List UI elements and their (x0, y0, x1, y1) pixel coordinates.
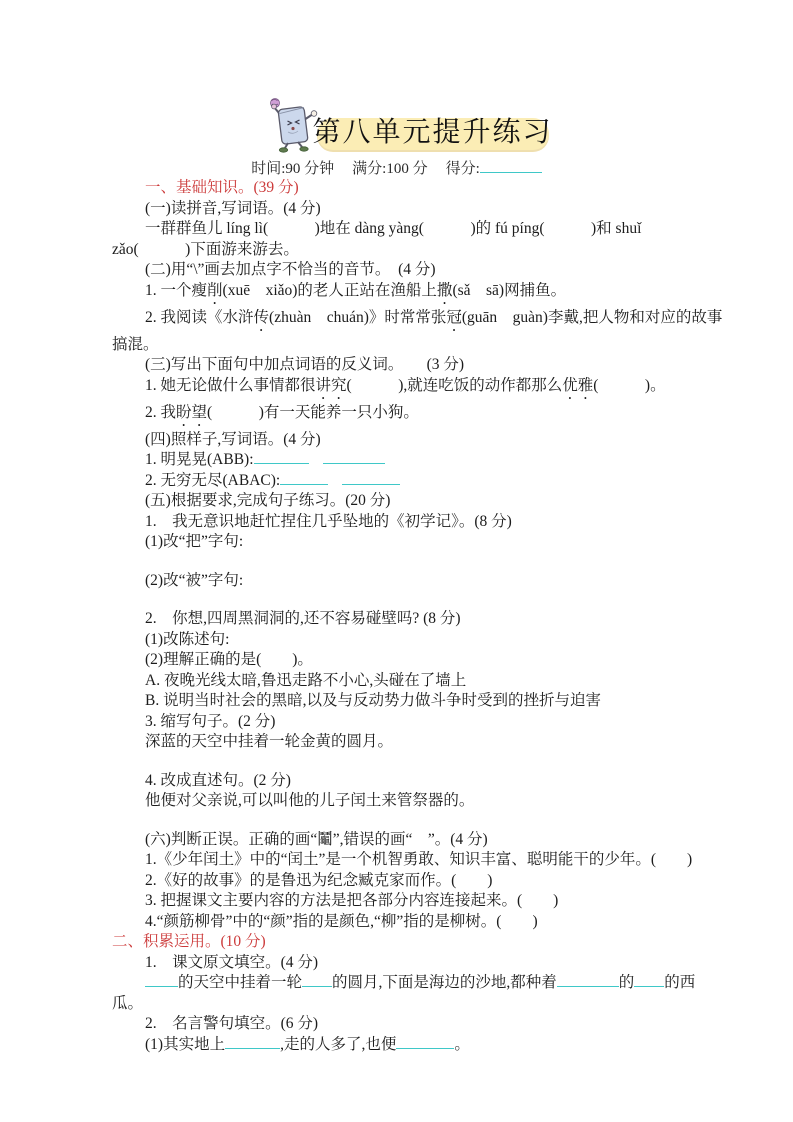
text-line: 3. 把握课文主要内容的方法是把各部分内容连接起来。( ) (112, 891, 732, 912)
text-line: zǎo( )下面游来游去。 (112, 240, 732, 261)
dotted-word: 撒 (437, 282, 453, 299)
text-run: 搞混。 (112, 336, 159, 353)
text-line: B. 说明当时社会的黑暗,以及与反动势力做斗争时受到的挫折与迫害 (112, 691, 732, 712)
text-run: 2. 我 (145, 404, 176, 421)
answer-blank (302, 973, 332, 987)
text-line: 2. 你想,四周黑洞洞的,还不容易碰壁吗? (8 分) (112, 609, 732, 630)
answer-blank (323, 450, 385, 464)
text-run: 1. 一个瘦 (145, 282, 207, 299)
dotted-word: 削 (207, 282, 223, 299)
text-line: 2. 无穷无尽(ABAC): (112, 471, 732, 492)
text-run: (六)判断正误。正确的画“鬮”,错误的画“ ”。(4 分) (145, 831, 488, 848)
text-run: 的圆月,下面是海边的沙地,都种着 (332, 974, 557, 991)
text-run: 的天空中挂着一轮 (178, 974, 302, 991)
text-run: 二、积累运用。(10 分) (112, 933, 266, 950)
text-run: 深蓝的天空中挂着一轮金黄的圆月。 (145, 733, 393, 750)
text-line: A. 夜晚光线太暗,鲁迅走路不小心,头碰在了墙上 (112, 671, 732, 692)
score-label: 得分: (446, 157, 480, 178)
text-line: 1.《少年闰土》中的“闰土”是一个机智勇敢、知识丰富、聪明能干的少年。( ) (112, 850, 732, 871)
time-label: 时间:90 分钟 (251, 157, 334, 178)
text-run: ( )。 (593, 377, 665, 394)
text-run: 2.《好的故事》的是鲁迅为纪念臧克家而作。( ) (145, 872, 492, 889)
text-run: B. 说明当时社会的黑暗,以及与反动势力做斗争时受到的挫折与迫害 (145, 692, 601, 709)
text-line: 2.《好的故事》的是鲁迅为纪念臧克家而作。( ) (112, 871, 732, 892)
score-header: 时间:90 分钟 满分:100 分 得分: (0, 157, 793, 178)
dotted-word: 优雅 (562, 377, 593, 394)
text-run: ( )有一天能养一只小狗。 (207, 404, 419, 421)
text-run: ( ),就连吃饭的动作都那么 (347, 377, 563, 394)
text-line: 2. 名言警句填空。(6 分) (112, 1014, 732, 1035)
answer-blank (145, 973, 178, 987)
text-line: (1)改陈述句: (112, 630, 732, 651)
text-line: 深蓝的天空中挂着一轮金黄的圆月。 (112, 732, 732, 753)
text-run: (zhuàn chuán)》时常常张 (269, 309, 446, 326)
answer-blank (634, 973, 664, 987)
section-heading: 二、积累运用。(10 分) (112, 932, 732, 953)
text-line: (2)改“被”字句: (112, 571, 732, 592)
text-line: (2)理解正确的是( )。 (112, 650, 732, 671)
text-run: (sǎ sā)网捕鱼。 (452, 282, 566, 299)
text-run: 瓜。 (112, 995, 143, 1012)
full-score-label: 满分:100 分 (352, 157, 427, 178)
text-run: 4. 改成直述句。(2 分) (145, 772, 291, 789)
text-run: (四)照样子,写词语。(4 分) (145, 431, 321, 448)
text-line: 一群群鱼儿 líng lì( )地在 dàng yàng( )的 fú píng… (112, 219, 732, 240)
text-run: 3. 把握课文主要内容的方法是把各部分内容连接起来。( ) (145, 892, 558, 909)
answer-blank (396, 1035, 454, 1049)
text-run: 一、基础知识。(39 分) (145, 179, 299, 196)
text-line: 瓜。 (112, 994, 732, 1015)
text-run: 一群群鱼儿 líng lì( )地在 dàng yàng( )的 fú píng… (145, 220, 641, 237)
dotted-word: 盼望 (176, 404, 207, 421)
text-run: 2. 你想,四周黑洞洞的,还不容易碰壁吗? (8 分) (145, 610, 461, 627)
text-run: 2. 名言警句填空。(6 分) (145, 1015, 318, 1032)
dotted-word: 讲究 (316, 377, 347, 394)
text-run: 1. 课文原文填空。(4 分) (145, 954, 318, 971)
text-line: 的天空中挂着一轮的圆月,下面是海边的沙地,都种着的的西 (112, 973, 732, 994)
text-run: 2. 无穷无尽(ABAC): (145, 472, 280, 489)
text-run: (二)用“\”画去加点字不恰当的音节。 (4 分) (145, 261, 436, 278)
text-run: (2)改“被”字句: (145, 572, 243, 589)
answer-blank (557, 973, 619, 987)
text-line: (六)判断正误。正确的画“鬮”,错误的画“ ”。(4 分) (112, 830, 732, 851)
worksheet-header: 第八单元提升练习 (8, 94, 793, 154)
inline-gap (309, 463, 323, 464)
text-run: 1.《少年闰土》中的“闰土”是一个机智勇敢、知识丰富、聪明能干的少年。( ) (145, 851, 692, 868)
blank-answer-space (112, 553, 732, 571)
text-run: 他便对父亲说,可以叫他的儿子闰土来管祭器的。 (145, 792, 474, 809)
answer-blank (280, 471, 328, 485)
text-run: (1)其实地上 (145, 1036, 225, 1053)
text-line: (二)用“\”画去加点字不恰当的音节。 (4 分) (112, 260, 732, 281)
text-run: 1. 明晃晃(ABB): (145, 451, 254, 468)
text-run: (2)理解正确的是( )。 (145, 651, 313, 668)
score-blank (480, 159, 542, 173)
text-run: (1)改“把”字句: (145, 533, 243, 550)
text-run: (一)读拼音,写词语。(4 分) (145, 200, 321, 217)
text-line: (一)读拼音,写词语。(4 分) (112, 199, 732, 220)
text-line: 搞混。 (112, 335, 732, 356)
text-run: 的 (619, 974, 635, 991)
text-line: 4. 改成直述句。(2 分) (112, 771, 732, 792)
text-line: 1. 一个瘦削(xuē xiǎo)的老人正站在渔船上撒(sǎ sā)网捕鱼。 (112, 281, 732, 308)
blank-answer-space (112, 753, 732, 771)
dotted-word: 冠 (446, 309, 462, 326)
text-run: zǎo( )下面游来游去。 (112, 241, 299, 258)
answer-blank (254, 450, 309, 464)
content-lines: 一、基础知识。(39 分)(一)读拼音,写词语。(4 分)一群群鱼儿 líng … (112, 178, 732, 1055)
text-line: 1. 她无论做什么事情都很讲究( ),就连吃饭的动作都那么优雅( )。 (112, 376, 732, 403)
text-line: 1. 明晃晃(ABB): (112, 450, 732, 471)
answer-blank (225, 1035, 280, 1049)
blank-answer-space (112, 591, 732, 609)
text-line: 3. 缩写句子。(2 分) (112, 712, 732, 733)
text-run: (三)写出下面句中加点词语的反义词。 (3 分) (145, 356, 464, 373)
blank-answer-space (112, 812, 732, 830)
text-run: ,走的人多了,也便 (280, 1036, 396, 1053)
text-run: 。 (454, 1036, 470, 1053)
section-heading: 一、基础知识。(39 分) (112, 178, 732, 199)
text-line: (三)写出下面句中加点词语的反义词。 (3 分) (112, 355, 732, 376)
text-line: 2. 我盼望( )有一天能养一只小狗。 (112, 403, 732, 430)
text-line: 1. 我无意识地赶忙捏住几乎坠地的《初学记》。(8 分) (112, 512, 732, 533)
text-run: 4.“颜筋柳骨”中的“颜”指的是颜色,“柳”指的是柳树。( ) (145, 913, 538, 930)
text-line: 2. 我阅读《水浒传(zhuàn chuán)》时常常张冠(guān guàn)… (112, 308, 732, 335)
page-title: 第八单元提升练习 (312, 110, 552, 150)
text-run: A. 夜晚光线太暗,鲁迅走路不小心,头碰在了墙上 (145, 672, 466, 689)
text-run: (guān guàn)李戴,把人物和对应的故事 (462, 309, 722, 326)
text-run: 3. 缩写句子。(2 分) (145, 713, 275, 730)
text-run: (五)根据要求,完成句子练习。(20 分) (145, 492, 390, 509)
answer-blank (342, 471, 400, 485)
text-run: 2. 我阅读《水浒 (145, 309, 254, 326)
text-line: 4.“颜筋柳骨”中的“颜”指的是颜色,“柳”指的是柳树。( ) (112, 912, 732, 933)
text-run: 的西 (664, 974, 695, 991)
score-field: 得分: (446, 157, 542, 178)
worksheet-page: 第八单元提升练习 时间:90 分钟 满分:100 分 得分: 一、基础知识。(3… (0, 0, 793, 1122)
text-line: (五)根据要求,完成句子练习。(20 分) (112, 491, 732, 512)
text-line: (四)照样子,写词语。(4 分) (112, 430, 732, 451)
dotted-word: 传 (254, 309, 270, 326)
text-run: 1. 她无论做什么事情都很 (145, 377, 316, 394)
text-run: 1. 我无意识地赶忙捏住几乎坠地的《初学记》。(8 分) (145, 513, 512, 530)
text-line: (1)改“把”字句: (112, 532, 732, 553)
text-line: (1)其实地上,走的人多了,也便。 (112, 1035, 732, 1056)
text-line: 他便对父亲说,可以叫他的儿子闰土来管祭器的。 (112, 791, 732, 812)
title-banner: 第八单元提升练习 (317, 118, 549, 150)
inline-gap (328, 484, 342, 485)
text-run: (xuē xiǎo)的老人正站在渔船上 (223, 282, 437, 299)
text-line: 1. 课文原文填空。(4 分) (112, 953, 732, 974)
text-run: (1)改陈述句: (145, 631, 229, 648)
